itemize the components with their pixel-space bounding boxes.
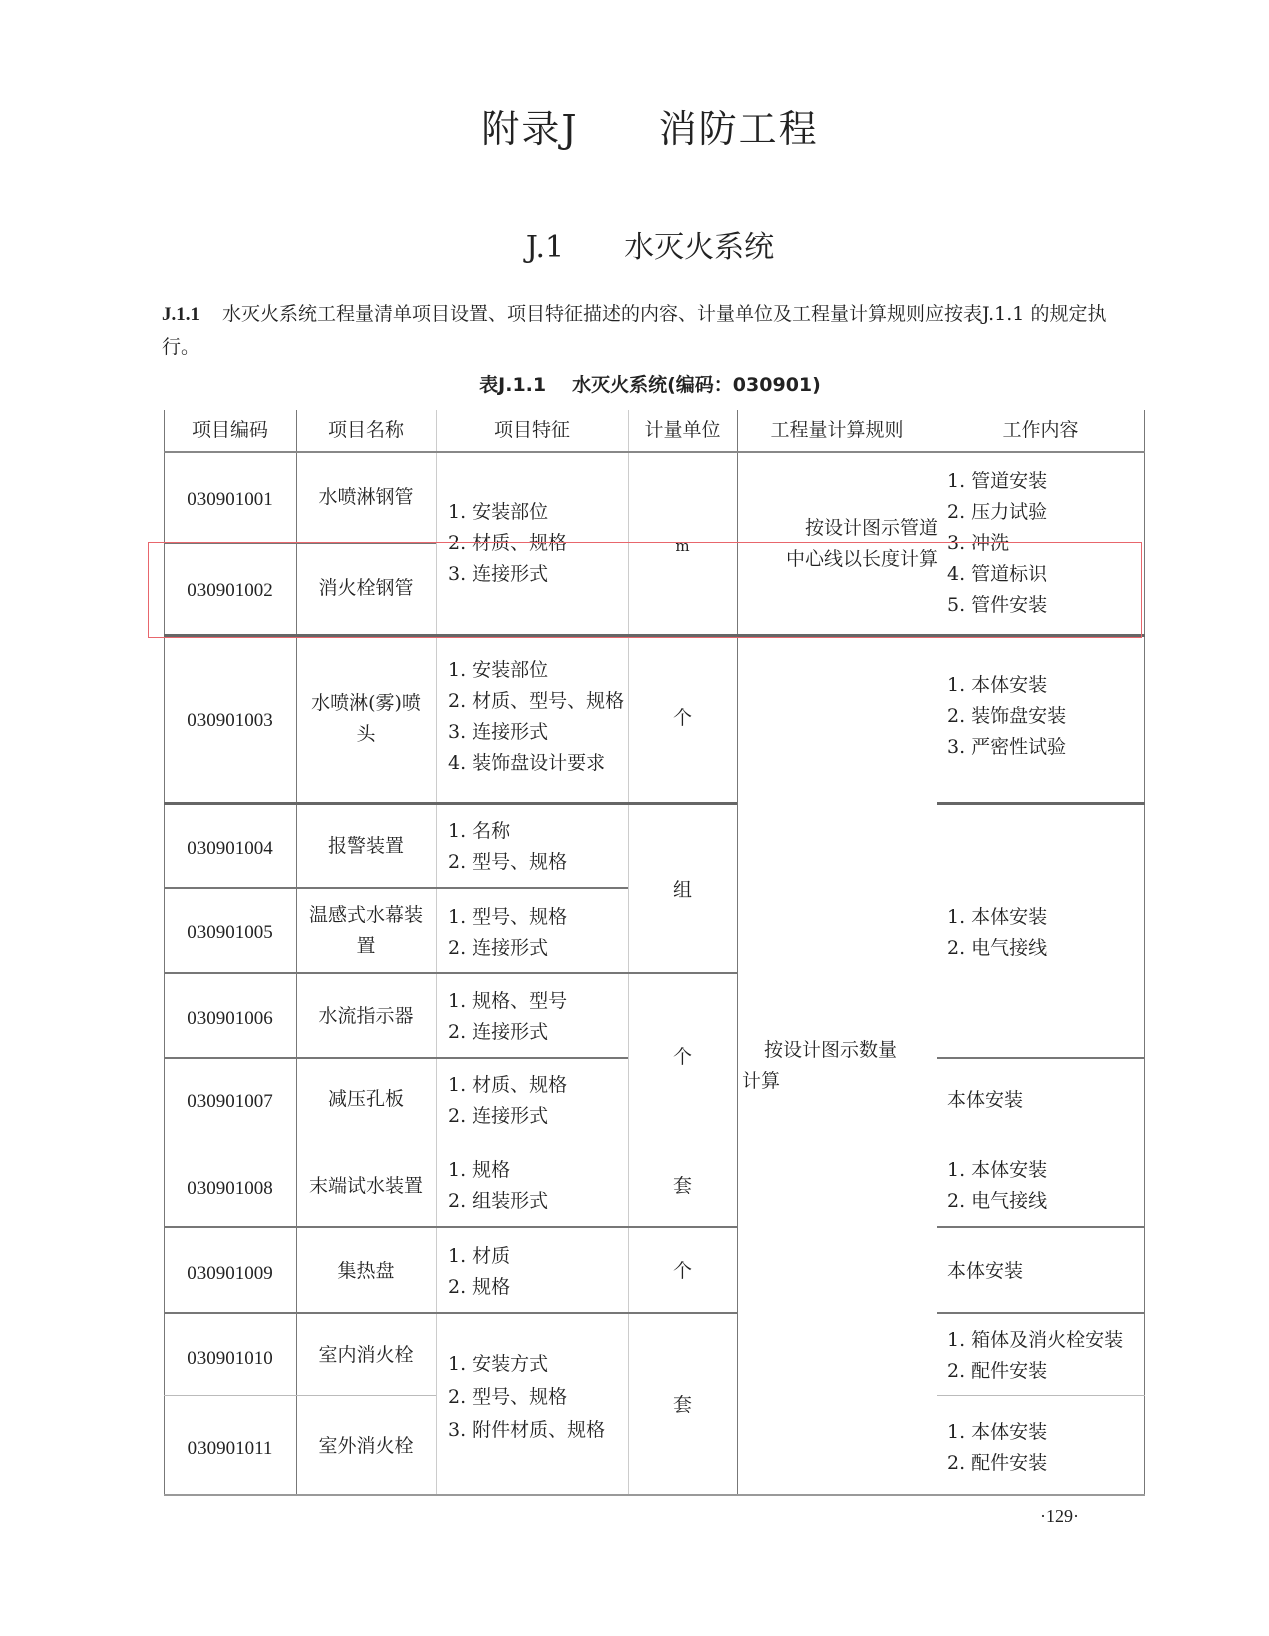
table-caption-number: 表J.1.1: [479, 374, 546, 396]
work-item: 2. 电气接线: [947, 933, 1047, 964]
item-code: 030901010: [164, 1343, 296, 1374]
group-divider: [164, 802, 737, 805]
work-content: 1. 本体安装 2. 电气接线: [947, 902, 1047, 964]
work-content: 本体安装: [947, 1256, 1023, 1287]
unit: 个: [628, 703, 737, 734]
item-name: 报警装置: [296, 831, 436, 862]
item-code: 030901001: [164, 484, 296, 515]
unit: 套: [628, 1171, 737, 1202]
feature-item: 1. 规格、型号: [448, 986, 567, 1017]
table-border-bottom: [164, 1494, 1145, 1496]
work-item: 1. 本体安装: [947, 670, 1066, 701]
page-number: ·129·: [1040, 1506, 1079, 1527]
feature-item: 4. 装饰盘设计要求: [448, 748, 624, 779]
row-divider: [164, 972, 737, 974]
page-title: 附录J 消防工程: [0, 98, 1269, 153]
row-divider: [937, 1226, 1145, 1228]
work-item: 2. 电气接线: [947, 1186, 1047, 1217]
header-unit: 计量单位: [628, 415, 737, 446]
row-divider: [164, 887, 628, 889]
item-code: 030901003: [164, 705, 296, 736]
features-group: 1. 名称 2. 型号、规格: [448, 816, 567, 878]
feature-item: 1. 型号、规格: [448, 902, 567, 933]
feature-item: 3. 附件材质、规格: [448, 1414, 605, 1447]
item-name: 温感式水幕装置: [308, 900, 424, 962]
clause-number: J.1.1: [162, 304, 200, 325]
item-name: 集热盘: [296, 1256, 436, 1287]
unit: 个: [628, 1256, 737, 1287]
features-group: 1. 规格、型号 2. 连接形式: [448, 986, 567, 1048]
work-content: 1. 本体安装 2. 配件安装: [947, 1417, 1047, 1479]
header-name: 项目名称: [296, 415, 436, 446]
header-code: 项目编码: [164, 415, 296, 446]
item-name: 室内消火栓: [296, 1340, 436, 1371]
row-divider: [164, 1057, 628, 1059]
row-divider: [937, 1312, 1145, 1314]
unit: 套: [628, 1390, 737, 1421]
row-divider: [937, 1395, 1145, 1396]
feature-item: 2. 型号、规格: [448, 847, 567, 878]
feature-item: 1. 安装方式: [448, 1348, 605, 1381]
clause-text: 水灭火系统工程量清单项目设置、项目特征描述的内容、计量单位及工程量计算规则应按表…: [162, 303, 1106, 358]
item-code: 030901008: [164, 1173, 296, 1204]
feature-item: 2. 材质、型号、规格: [448, 686, 624, 717]
work-item: 1. 本体安装: [947, 1155, 1047, 1186]
work-item: 本体安装: [947, 1085, 1023, 1116]
feature-item: 2. 连接形式: [448, 1101, 567, 1132]
item-code: 030901005: [164, 917, 296, 948]
row-divider: [164, 1226, 737, 1228]
section-heading: J.1 水灭火系统: [0, 222, 1269, 266]
work-item: 2. 配件安装: [947, 1448, 1047, 1479]
table-border-right: [1144, 410, 1145, 1494]
calc-rule: 按设计图示数量 计算: [742, 1035, 938, 1097]
clause-paragraph: J.1.1水灭火系统工程量清单项目设置、项目特征描述的内容、计量单位及工程量计算…: [162, 298, 1142, 363]
feature-item: 1. 安装部位: [448, 655, 624, 686]
features-group: 1. 安装方式 2. 型号、规格 3. 附件材质、规格: [448, 1348, 605, 1447]
work-content: 1. 本体安装 2. 装饰盘安装 3. 严密性试验: [947, 670, 1066, 763]
feature-item: 1. 名称: [448, 816, 567, 847]
work-content: 本体安装: [947, 1085, 1023, 1116]
calc-rule-line: 计算: [742, 1066, 938, 1097]
table-caption: 表J.1.1水灭火系统(编码：030901): [0, 370, 1269, 397]
feature-item: 2. 连接形式: [448, 1017, 567, 1048]
item-name: 水流指示器: [296, 1001, 436, 1032]
unit: 个: [628, 1042, 737, 1073]
features-group: 1. 材质、规格 2. 连接形式: [448, 1070, 567, 1132]
item-name: 水喷淋(雾)喷头: [304, 688, 428, 750]
item-code: 030901011: [164, 1433, 296, 1464]
work-content: 1. 本体安装 2. 电气接线: [947, 1155, 1047, 1217]
row-divider: [164, 1312, 737, 1314]
work-item: 2. 装饰盘安装: [947, 701, 1066, 732]
feature-item: 3. 连接形式: [448, 717, 624, 748]
item-name: 室外消火栓: [296, 1431, 436, 1462]
row-divider: [937, 1057, 1145, 1059]
unit: 组: [628, 875, 737, 906]
work-item: 1. 本体安装: [947, 1417, 1047, 1448]
item-code: 030901004: [164, 833, 296, 864]
highlight-box: [148, 542, 1142, 638]
work-item: 本体安装: [947, 1256, 1023, 1287]
features-group: 1. 安装部位 2. 材质、型号、规格 3. 连接形式 4. 装饰盘设计要求: [448, 655, 624, 779]
work-item: 1. 本体安装: [947, 902, 1047, 933]
header-rule: 工程量计算规则: [737, 415, 937, 446]
work-item: 2. 配件安装: [947, 1356, 1123, 1387]
work-item: 3. 严密性试验: [947, 732, 1066, 763]
row-divider: [164, 1395, 436, 1396]
calc-rule-line: 按设计图示数量: [742, 1035, 938, 1066]
item-code: 030901009: [164, 1258, 296, 1289]
header-work: 工作内容: [937, 415, 1144, 446]
feature-item: 1. 安装部位: [448, 497, 567, 528]
features-group: 1. 型号、规格 2. 连接形式: [448, 902, 567, 964]
feature-item: 2. 规格: [448, 1272, 510, 1303]
feature-item: 2. 组装形式: [448, 1186, 548, 1217]
group-divider: [937, 802, 1145, 805]
item-code: 030901006: [164, 1003, 296, 1034]
item-name: 水喷淋钢管: [296, 482, 436, 513]
table-caption-text: 水灭火系统(编码：030901): [572, 374, 821, 396]
work-item: 2. 压力试验: [947, 497, 1047, 528]
features-group: 1. 规格 2. 组装形式: [448, 1155, 548, 1217]
item-name: 减压孔板: [296, 1084, 436, 1115]
item-name: 末端试水装置: [296, 1171, 436, 1202]
work-content: 1. 箱体及消火栓安装 2. 配件安装: [947, 1325, 1123, 1387]
calc-rule-line: 按设计图示管道: [742, 513, 938, 544]
feature-item: 1. 规格: [448, 1155, 548, 1186]
work-item: 1. 箱体及消火栓安装: [947, 1325, 1123, 1356]
features-group: 1. 材质 2. 规格: [448, 1241, 510, 1303]
work-item: 1. 管道安装: [947, 466, 1047, 497]
feature-item: 1. 材质、规格: [448, 1070, 567, 1101]
item-code: 030901007: [164, 1086, 296, 1117]
header-features: 项目特征: [436, 415, 628, 446]
feature-item: 1. 材质: [448, 1241, 510, 1272]
feature-item: 2. 型号、规格: [448, 1381, 605, 1414]
header-divider: [164, 451, 1145, 453]
feature-item: 2. 连接形式: [448, 933, 567, 964]
